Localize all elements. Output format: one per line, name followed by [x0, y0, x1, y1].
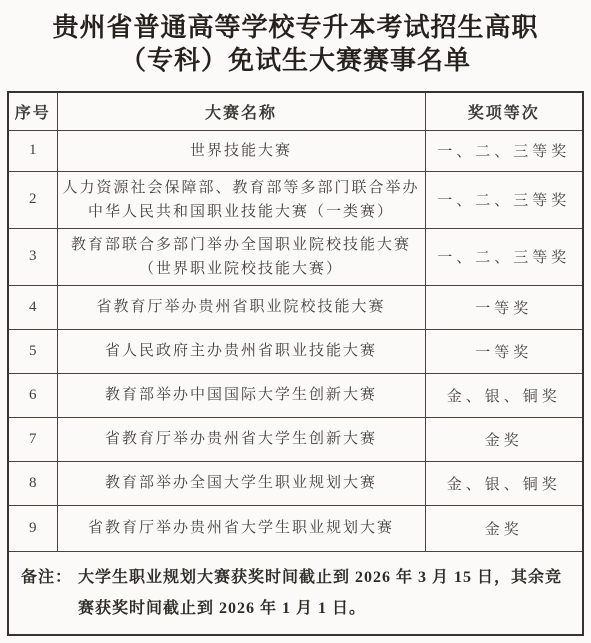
- remark-text: 大学生职业规划大赛获奖时间截止到 2026 年 3 月 15 日，其余竞赛获奖时…: [78, 562, 570, 624]
- table-row: 1 世界技能大赛 一、二、三等奖: [8, 130, 583, 171]
- award-level-cell: 一、二、三等奖: [425, 228, 583, 285]
- row-number-cell: 4: [8, 285, 57, 329]
- title-line-2: （专科）免试生大赛赛事名单: [0, 44, 591, 77]
- table-row: 6 教育部举办中国国际大学生创新大赛 金、银、铜奖: [8, 373, 583, 417]
- table-row: 5 省人民政府主办贵州省职业技能大赛 一等奖: [8, 329, 583, 373]
- document-page: 贵州省普通高等学校专升本考试招生高职 （专科）免试生大赛赛事名单 序号 大赛名称…: [0, 0, 591, 643]
- table-row: 4 省教育厅举办贵州省职业院校技能大赛 一等奖: [8, 285, 583, 329]
- document-title: 贵州省普通高等学校专升本考试招生高职 （专科）免试生大赛赛事名单: [0, 0, 591, 91]
- competition-name-cell: 省人民政府主办贵州省职业技能大赛: [57, 329, 425, 373]
- table-row: 2 人力资源社会保障部、教育部等多部门联合举办 中华人民共和国职业技能大赛（一类…: [8, 171, 583, 228]
- award-level-cell: 一等奖: [425, 329, 583, 373]
- row-number-cell: 3: [8, 228, 57, 285]
- header-competition-name: 大赛名称: [57, 92, 425, 130]
- title-line-1: 贵州省普通高等学校专升本考试招生高职: [0, 11, 591, 44]
- competition-name-cell: 省教育厅举办贵州省大学生创新大赛: [57, 417, 425, 461]
- award-level-cell: 金奖: [425, 417, 583, 461]
- remark-cell: 备注： 大学生职业规划大赛获奖时间截止到 2026 年 3 月 15 日，其余竞…: [8, 551, 583, 635]
- competition-table: 序号 大赛名称 奖项等次 1 世界技能大赛 一、二、三等奖 2 人力资源社会保障…: [7, 91, 584, 636]
- award-level-cell: 一等奖: [425, 285, 583, 329]
- award-level-cell: 一、二、三等奖: [425, 171, 583, 228]
- row-number-cell: 2: [8, 171, 57, 228]
- row-number-cell: 9: [8, 505, 57, 551]
- table-row: 3 教育部联合多部门举办全国职业院校技能大赛 （世界职业院校技能大赛） 一、二、…: [8, 228, 583, 285]
- competition-name-cell: 人力资源社会保障部、教育部等多部门联合举办 中华人民共和国职业技能大赛（一类赛）: [57, 171, 425, 228]
- header-award-level: 奖项等次: [425, 92, 583, 130]
- row-number-cell: 6: [8, 373, 57, 417]
- remark-row: 备注： 大学生职业规划大赛获奖时间截止到 2026 年 3 月 15 日，其余竞…: [8, 551, 583, 635]
- table-row: 9 省教育厅举办贵州省大学生职业规划大赛 金奖: [8, 505, 583, 551]
- remark-label: 备注：: [21, 562, 78, 593]
- row-number-cell: 1: [8, 130, 57, 171]
- row-number-cell: 8: [8, 461, 57, 505]
- table-row: 8 教育部举办全国大学生职业规划大赛 金、银、铜奖: [8, 461, 583, 505]
- award-level-cell: 一、二、三等奖: [425, 130, 583, 171]
- competition-name-cell: 教育部联合多部门举办全国职业院校技能大赛 （世界职业院校技能大赛）: [57, 228, 425, 285]
- award-level-cell: 金、银、铜奖: [425, 461, 583, 505]
- competition-name-cell: 省教育厅举办贵州省职业院校技能大赛: [57, 285, 425, 329]
- header-serial-number: 序号: [8, 92, 57, 130]
- award-level-cell: 金奖: [425, 505, 583, 551]
- competition-name-cell: 省教育厅举办贵州省大学生职业规划大赛: [57, 505, 425, 551]
- table-header-row: 序号 大赛名称 奖项等次: [8, 92, 583, 130]
- row-number-cell: 5: [8, 329, 57, 373]
- competition-name-cell: 教育部举办全国大学生职业规划大赛: [57, 461, 425, 505]
- row-number-cell: 7: [8, 417, 57, 461]
- award-level-cell: 金、银、铜奖: [425, 373, 583, 417]
- competition-name-cell: 教育部举办中国国际大学生创新大赛: [57, 373, 425, 417]
- table-row: 7 省教育厅举办贵州省大学生创新大赛 金奖: [8, 417, 583, 461]
- competition-name-cell: 世界技能大赛: [57, 130, 425, 171]
